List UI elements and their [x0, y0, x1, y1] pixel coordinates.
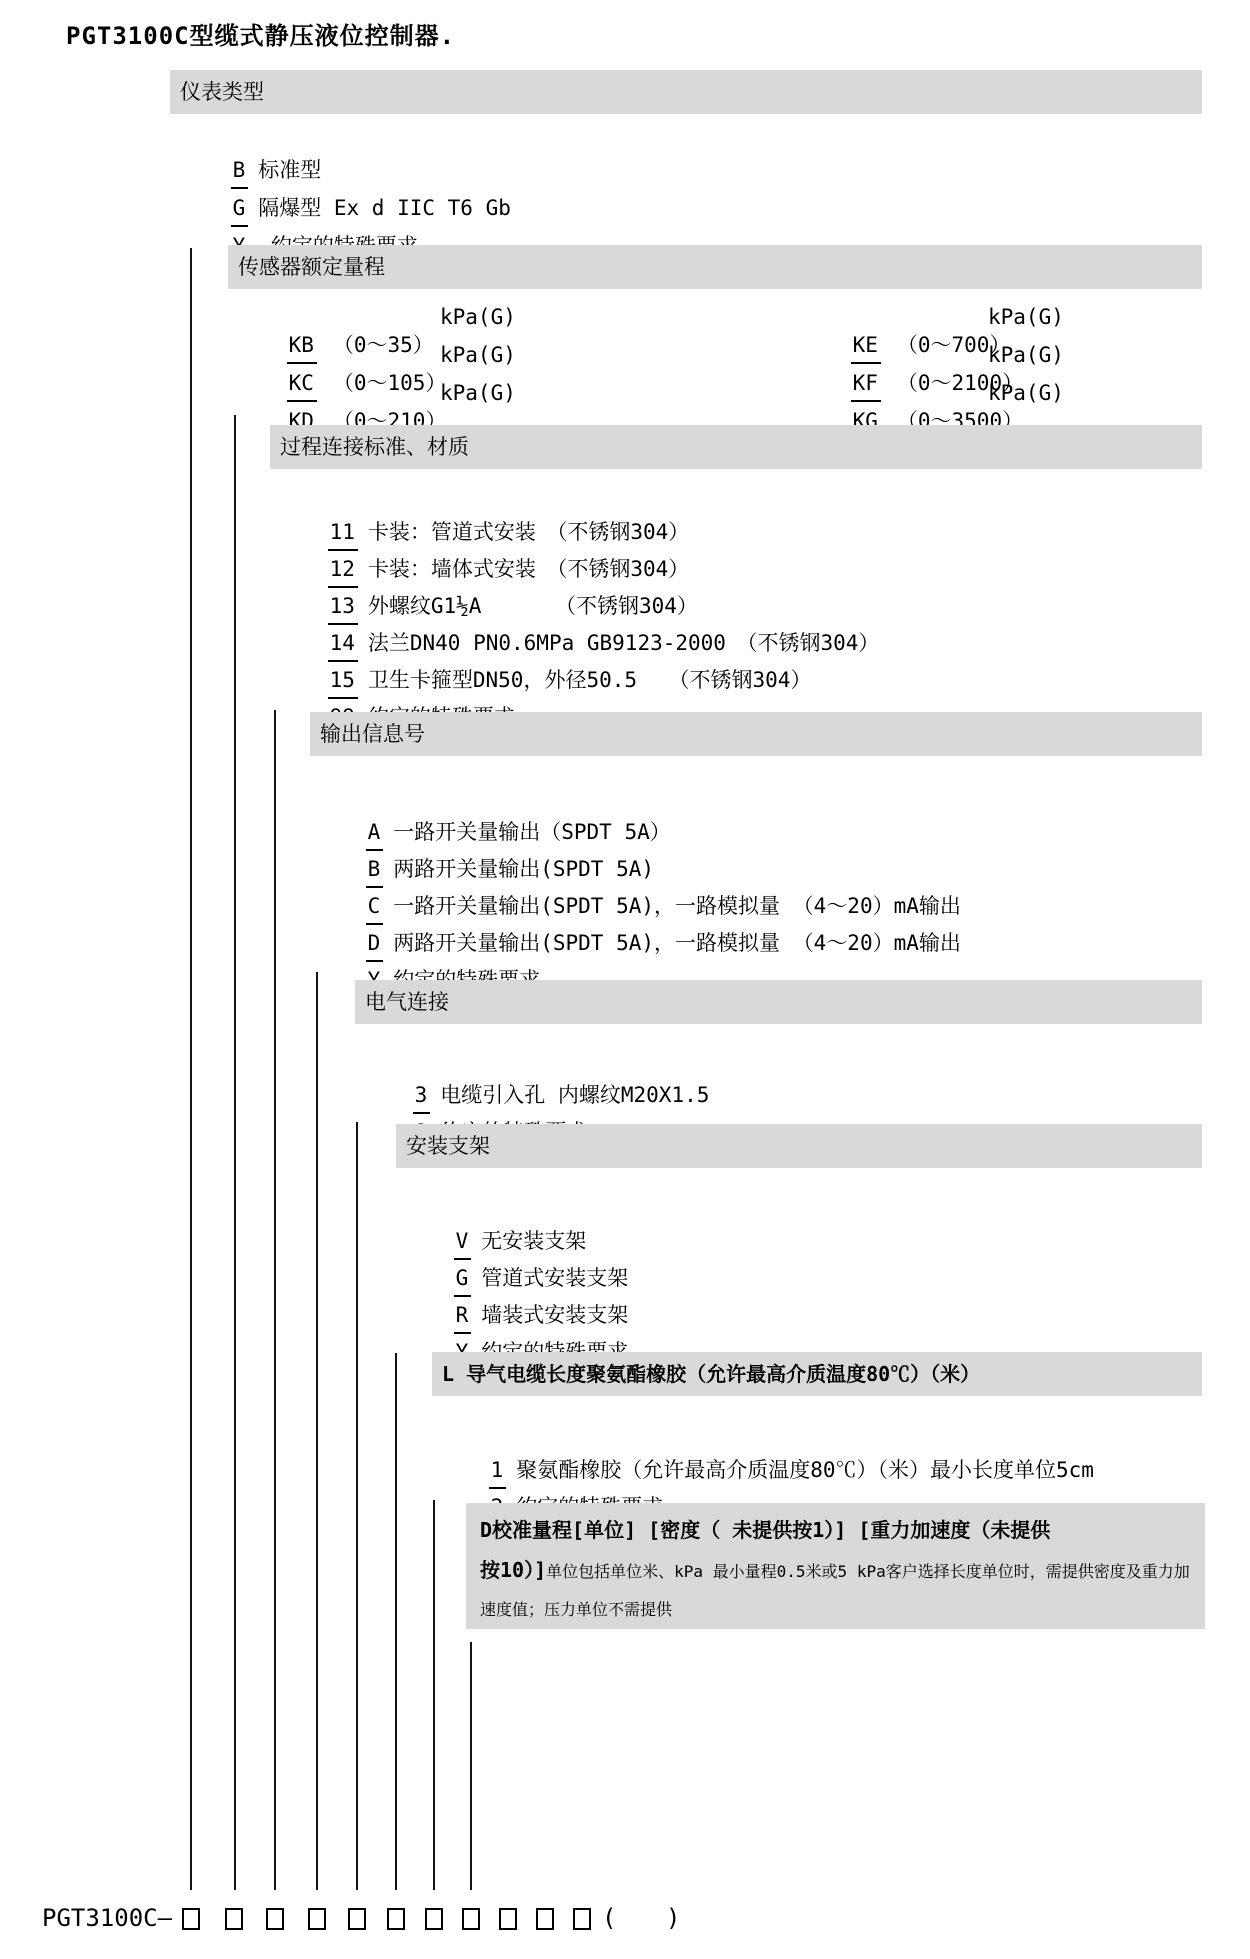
option-row: Y约定的特殊要求 [315, 938, 540, 966]
option-row: V无安装支架 [403, 1199, 586, 1227]
option-row: 1聚氨酯橡胶（允许最高介质温度80℃）（米）最小长度单位5cm [438, 1428, 1094, 1456]
code-box [387, 1908, 405, 1930]
option-row: 15卫生卡箍型DN50，外径50.5 （不锈钢304） [277, 638, 811, 666]
range-unit: kPa(G) [988, 379, 1064, 407]
range-row: KB（0～35）kPa(G) [236, 303, 434, 331]
code-box [573, 1908, 591, 1930]
range-row: KF（0～2100）kPa(G) [800, 341, 1023, 369]
connector-line [316, 972, 318, 1890]
model-open-paren: ( [602, 1904, 616, 1932]
connector-line [433, 1500, 435, 1890]
header-cable-length: L 导气电缆长度聚氨酯橡胶（允许最高介质温度80℃）（米） [432, 1352, 1202, 1396]
option-row: G隔爆型 Ex d IIC T6 Gb [180, 166, 511, 194]
option-row: 9约定的特殊要求 [362, 1090, 587, 1118]
header-mounting-bracket: 安装支架 [396, 1124, 1202, 1168]
connector-line [470, 1642, 472, 1890]
calibration-note-text: 单位包括单位米、kPa 最小量程0.5米或5 kPa客户选择长度单位时，需提供密… [480, 1562, 1190, 1619]
option-row: Y约定的特殊要求 [403, 1310, 628, 1338]
header-instrument-type: 仪表类型 [170, 70, 1202, 114]
option-row: Y 约定的特殊要求 [180, 204, 418, 232]
range-row: KE（0～700）kPa(G) [800, 303, 1010, 331]
header-electrical-connection: 电气连接 [355, 980, 1202, 1024]
model-close-paren: ) [666, 1904, 680, 1932]
range-unit: kPa(G) [440, 341, 516, 369]
connector-line [395, 1353, 397, 1890]
option-row: G管道式安装支架 [403, 1236, 628, 1264]
option-row: R墙装式安装支架 [403, 1273, 628, 1301]
page-title: PGT3100C型缆式静压液位控制器. [66, 16, 455, 51]
range-unit: kPa(G) [988, 341, 1064, 369]
header-process-connection: 过程连接标准、材质 [270, 425, 1202, 469]
option-row: 11卡装：管道式安装 （不锈钢304） [277, 490, 689, 518]
range-row: KG（0～3500）kPa(G) [800, 379, 1023, 407]
range-row: KC（0～105）kPa(G) [236, 341, 446, 369]
option-row: 12卡装：墙体式安装 （不锈钢304） [277, 527, 689, 555]
option-row: 2约定的特殊要求 [438, 1465, 663, 1493]
code-box [225, 1908, 243, 1930]
option-row: B两路开关量输出(SPDT 5A) [315, 827, 654, 855]
calibration-note-box: D校准量程[单位] [密度（ 未提供按1）] [重力加速度（未提供 按10）]单… [466, 1503, 1205, 1629]
code-box [499, 1908, 517, 1930]
connector-line [274, 710, 276, 1890]
range-row: KD（0～210）kPa(G) [236, 379, 446, 407]
range-unit: kPa(G) [988, 303, 1064, 331]
code-box [266, 1908, 284, 1930]
connector-line [190, 248, 192, 1890]
option-row: 14法兰DN40 PN0.6MPa GB9123-2000 （不锈钢304） [277, 601, 879, 629]
ordering-code-document: PGT3100C型缆式静压液位控制器. 仪表类型 B标准型 G隔爆型 Ex d … [0, 0, 1250, 1959]
option-row: A一路开关量输出（SPDT 5A） [315, 790, 671, 818]
code-box [182, 1908, 200, 1930]
connector-line [356, 1122, 358, 1890]
connector-line [234, 415, 236, 1890]
option-row: 3电缆引入孔 内螺纹M20X1.5 [362, 1053, 709, 1081]
option-row: 13外螺纹G1½A （不锈钢304） [277, 564, 698, 592]
model-prefix: PGT3100C— [42, 1904, 172, 1932]
code-box [308, 1908, 326, 1930]
header-output-signal: 输出信息号 [310, 712, 1202, 756]
option-row: 99约定的特殊要求 [277, 675, 515, 703]
option-row: C一路开关量输出(SPDT 5A)，一路模拟量 （4～20）mA输出 [315, 864, 961, 892]
code-box [425, 1908, 443, 1930]
code-box [348, 1908, 366, 1930]
code-box [462, 1908, 480, 1930]
code-box [536, 1908, 554, 1930]
header-sensor-range: 传感器额定量程 [228, 245, 1202, 289]
option-row: D两路开关量输出(SPDT 5A)，一路模拟量 （4～20）mA输出 [315, 901, 961, 929]
calibration-note-bold-line1: D校准量程[单位] [密度（ 未提供按1）] [重力加速度（未提供 [480, 1518, 1050, 1542]
option-row: B标准型 [180, 128, 321, 156]
calibration-note-bold-line2: 按10）] [480, 1558, 546, 1582]
range-unit: kPa(G) [440, 379, 516, 407]
range-unit: kPa(G) [440, 303, 516, 331]
